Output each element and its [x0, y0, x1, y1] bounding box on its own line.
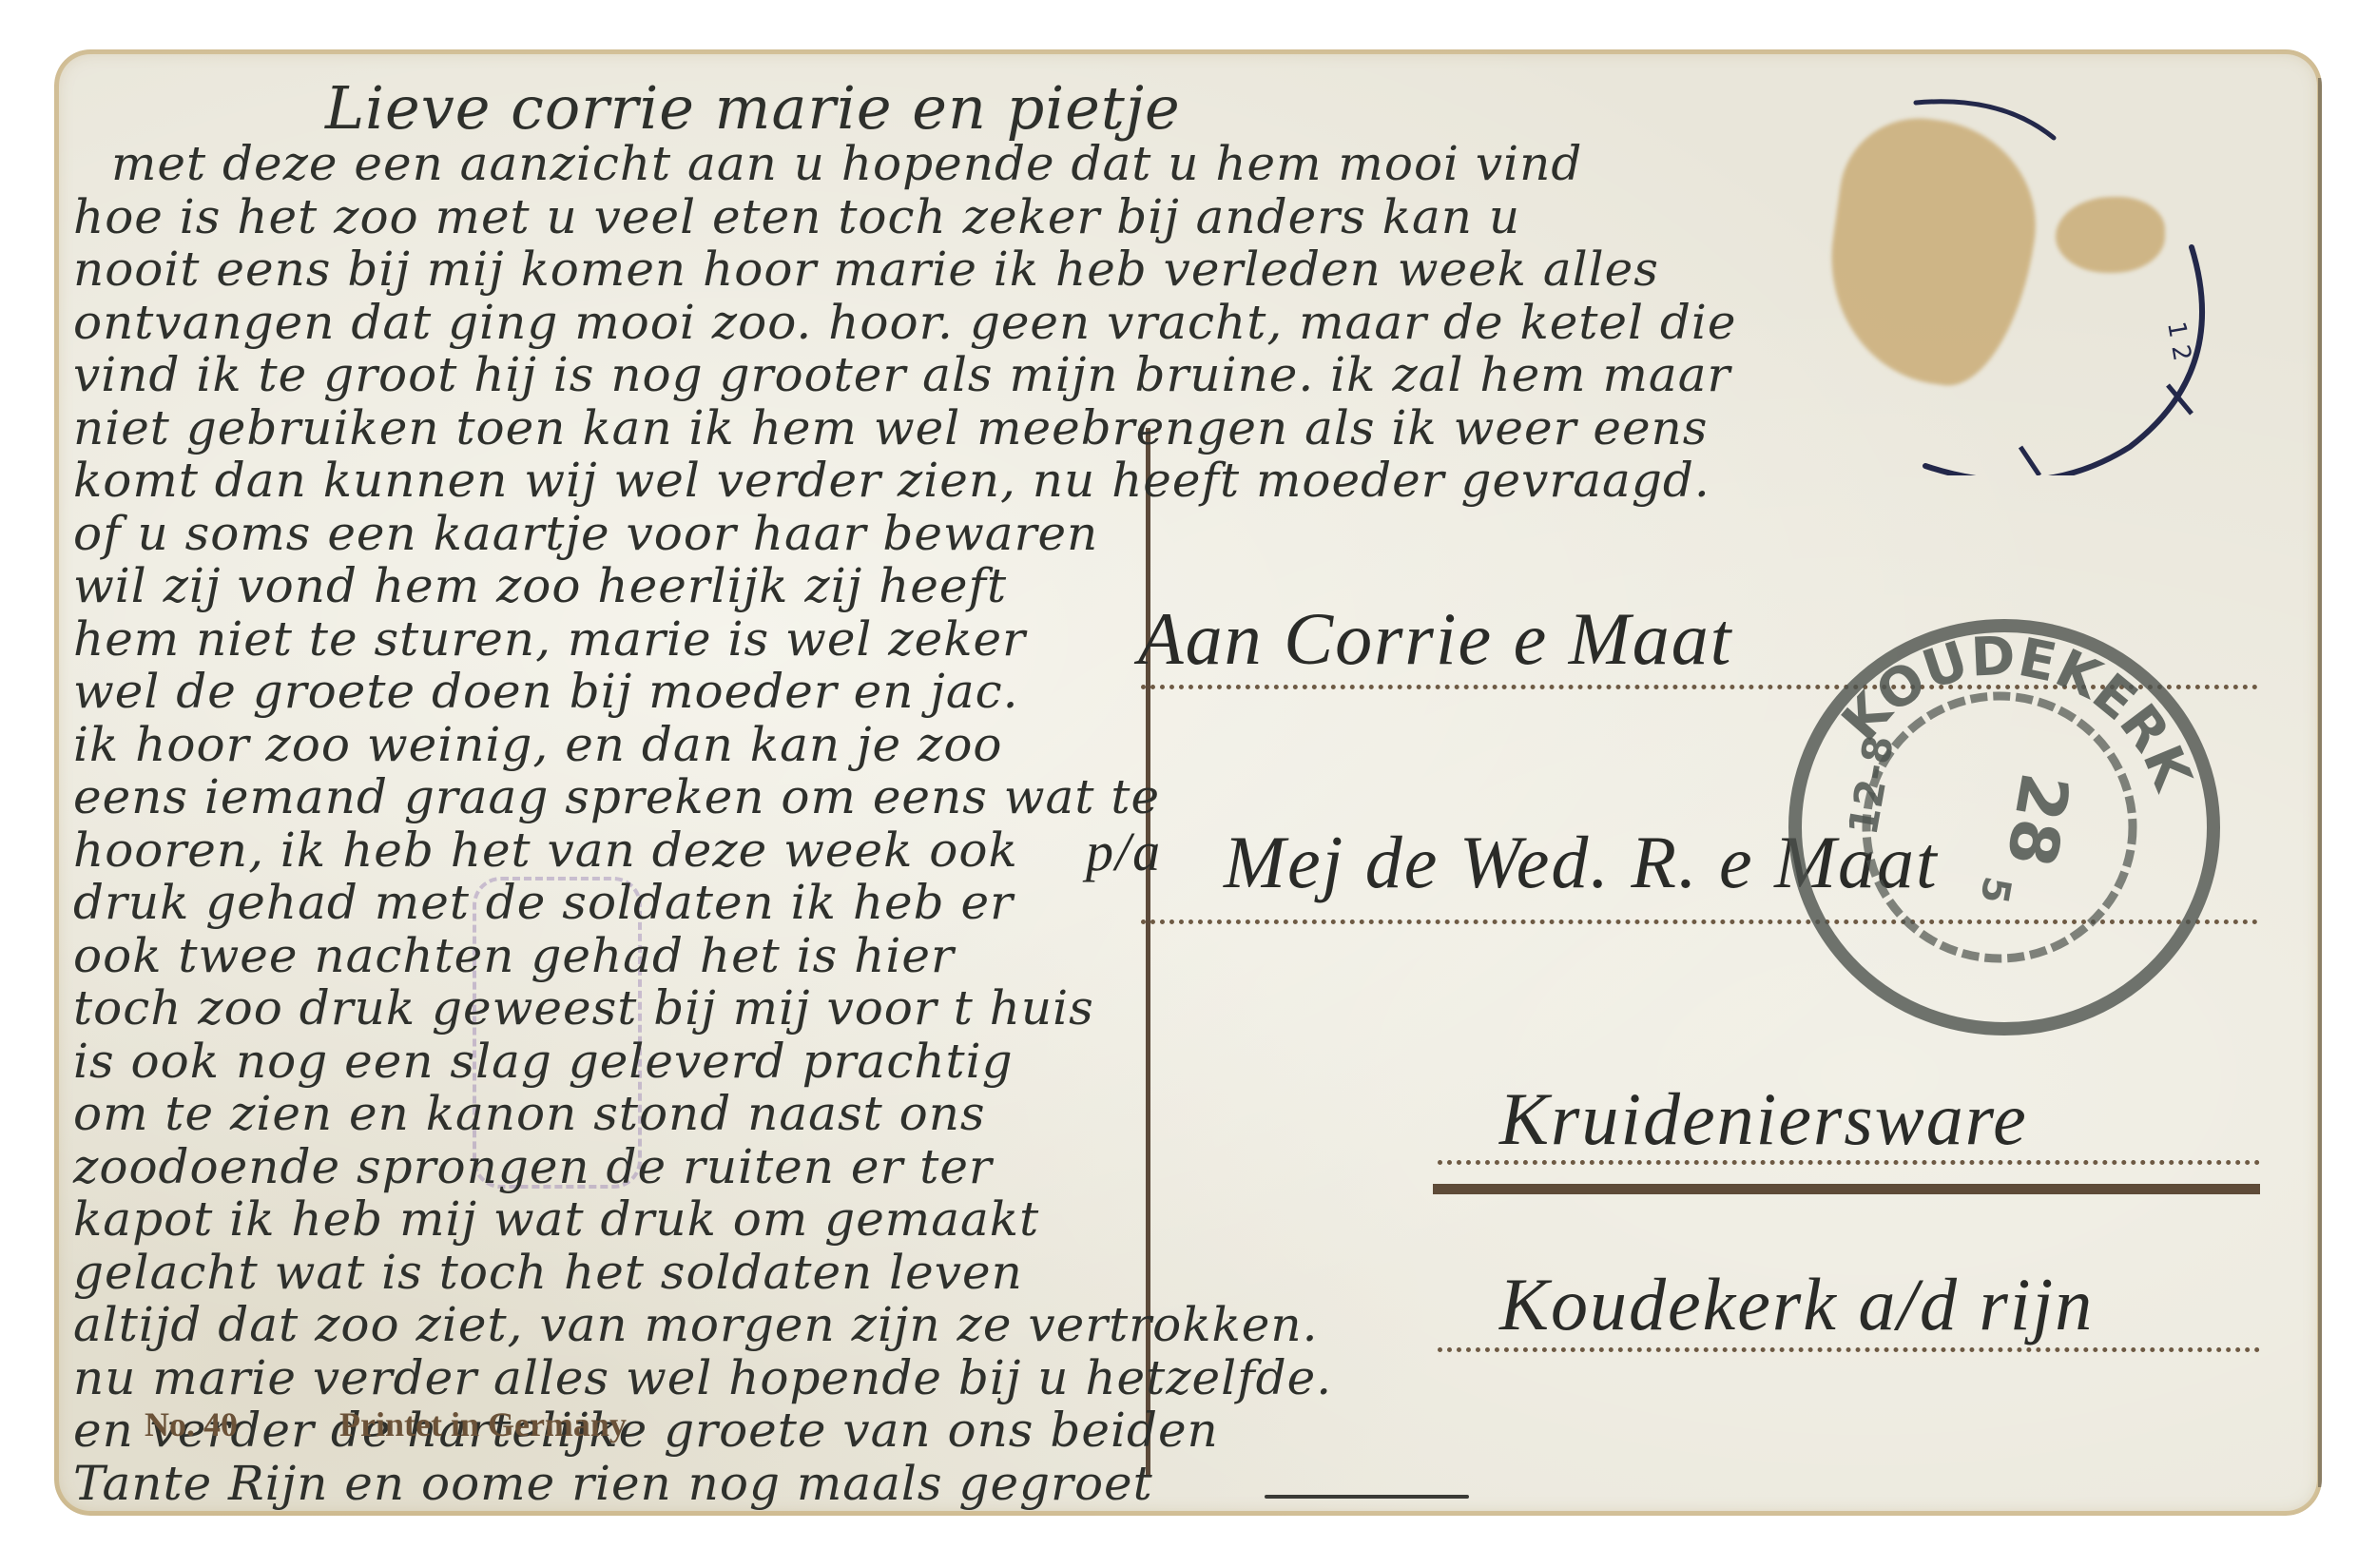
cancel-circle-mark: 1 2: [1887, 86, 2296, 475]
message-line: ik hoor zoo weinig, en dan kan je zoo: [73, 721, 1003, 768]
address-line-3: Kruideniersware: [1499, 1076, 2028, 1162]
printed-origin: Printet in Germany: [339, 1404, 627, 1444]
postmark-date-left: 12-8: [1840, 732, 1904, 839]
message-line: om te zien en kanon stond naast ons: [73, 1090, 986, 1137]
message-line: druk gehad met de soldaten ik heb er: [73, 879, 1014, 926]
message-line: ook twee nachten gehad het is hier: [73, 932, 955, 979]
address-dotted-line: [1438, 1347, 2260, 1352]
postmark-date-small: 5: [1971, 873, 2019, 906]
message-line: kapot ik heb mij wat druk om gemaakt: [73, 1195, 1039, 1243]
address-rule: [1433, 1184, 2260, 1194]
postmark-date-day: 28: [1991, 767, 2084, 872]
message-line: hoe is het zoo met u veel eten toch zeke…: [73, 193, 1520, 241]
message-line: altijd dat zoo ziet, van morgen zijn ze …: [73, 1301, 1318, 1348]
message-line: Tante Rijn en oome rien nog maals gegroe…: [73, 1460, 1153, 1507]
message-line: is ook nog een slag geleverd prachtig: [73, 1037, 1014, 1085]
signature-underline: [1265, 1495, 1469, 1499]
address-care-of: p/a: [1086, 820, 1162, 883]
salutation: Lieve corrie marie en pietje: [325, 73, 1181, 143]
message-line: hem niet te sturen, marie is wel zeker: [73, 615, 1026, 663]
card-number: No. 40: [145, 1404, 238, 1444]
message-line: komt dan kunnen wij wel verder zien, nu …: [73, 456, 1710, 504]
message-line: wil zij vond hem zoo heerlijk zij heeft: [73, 562, 1007, 610]
message-line: met deze een aanzicht aan u hopende dat …: [111, 140, 1582, 187]
message-line: vind ik te groot hij is nog grooter als …: [73, 351, 1730, 398]
message-line: wel de groete doen bij moeder en jac.: [73, 668, 1019, 715]
message-line: ontvangen dat ging mooi zoo. hoor. geen …: [73, 299, 1737, 346]
message-line: hooren, ik heb het van deze week ook: [73, 826, 1018, 874]
message-line: niet gebruiken toen kan ik hem wel meebr…: [73, 404, 1708, 452]
postmark: KOUDEKERK 12-8 28 5: [1786, 618, 2223, 1036]
message-line: of u soms een kaartje voor haar bewaren: [73, 510, 1098, 557]
message-line: toch zoo druk geweest bij mij voor t hui…: [73, 984, 1094, 1032]
message-line: zoodoende sprongen de ruiten er ter: [73, 1143, 993, 1191]
address-dotted-line: [1438, 1160, 2260, 1165]
message-line: en verder de hartelijke groete van ons b…: [73, 1406, 1219, 1454]
message-line: gelacht wat is toch het soldaten leven: [73, 1249, 1023, 1296]
message-line: nu marie verder alles wel hopende bij u …: [73, 1354, 1332, 1402]
address-line-1: Aan Corrie e Maat: [1138, 596, 1732, 682]
message-line: eens iemand graag spreken om eens wat te: [73, 773, 1160, 821]
message-line: nooit eens bij mij komen hoor marie ik h…: [73, 245, 1659, 293]
cancel-marks: 1 2: [2161, 319, 2196, 363]
address-line-4: Koudekerk a/d rijn: [1499, 1262, 2094, 1347]
